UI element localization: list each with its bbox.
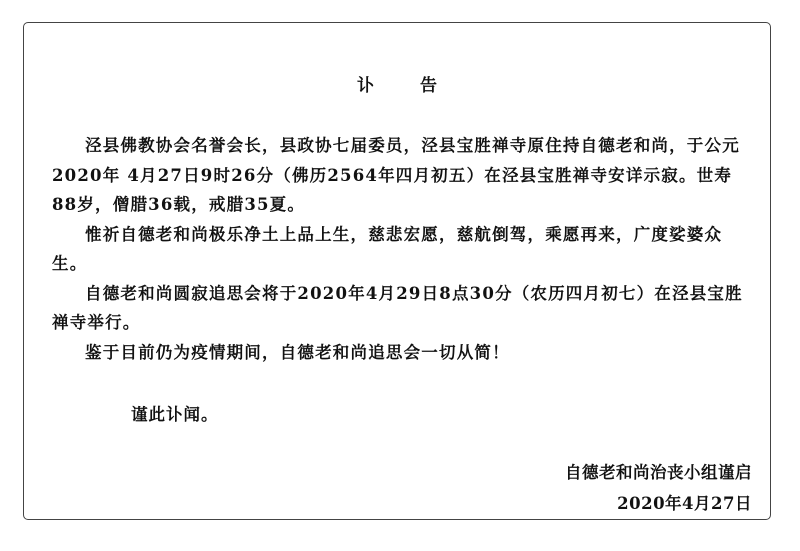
paragraph-memorial-service: 自德老和尚圆寂追思会将于2020年4月29日8点30分（农历四月初七）在泾县宝胜… bbox=[52, 279, 754, 338]
closing-line: 谨此讣闻。 bbox=[131, 401, 219, 425]
notice-title: 讣告 bbox=[24, 71, 770, 96]
paragraph-prayer: 惟祈自德老和尚极乐净土上品上生，慈悲宏愿，慈航倒驾，乘愿再来，广度娑婆众生。 bbox=[52, 220, 754, 279]
signature-organizer: 自德老和尚治丧小组谨启 bbox=[565, 457, 752, 488]
signature-date: 2020年4月27日 bbox=[565, 488, 752, 519]
obituary-notice-box: 讣告 泾县佛教协会名誉会长，县政协七届委员，泾县宝胜禅寺原住持自德老和尚，于公元… bbox=[23, 22, 771, 520]
paragraph-simplified-notice: 鉴于目前仍为疫情期间，自德老和尚追思会一切从简！ bbox=[52, 338, 754, 368]
notice-body: 泾县佛教协会名誉会长，县政协七届委员，泾县宝胜禅寺原住持自德老和尚，于公元202… bbox=[52, 131, 754, 367]
title-char-2: 告 bbox=[420, 76, 437, 96]
title-char-1: 讣 bbox=[357, 76, 374, 96]
paragraph-announcement: 泾县佛教协会名誉会长，县政协七届委员，泾县宝胜禅寺原住持自德老和尚，于公元202… bbox=[52, 131, 754, 220]
signature-block: 自德老和尚治丧小组谨启 2020年4月27日 bbox=[565, 457, 752, 519]
